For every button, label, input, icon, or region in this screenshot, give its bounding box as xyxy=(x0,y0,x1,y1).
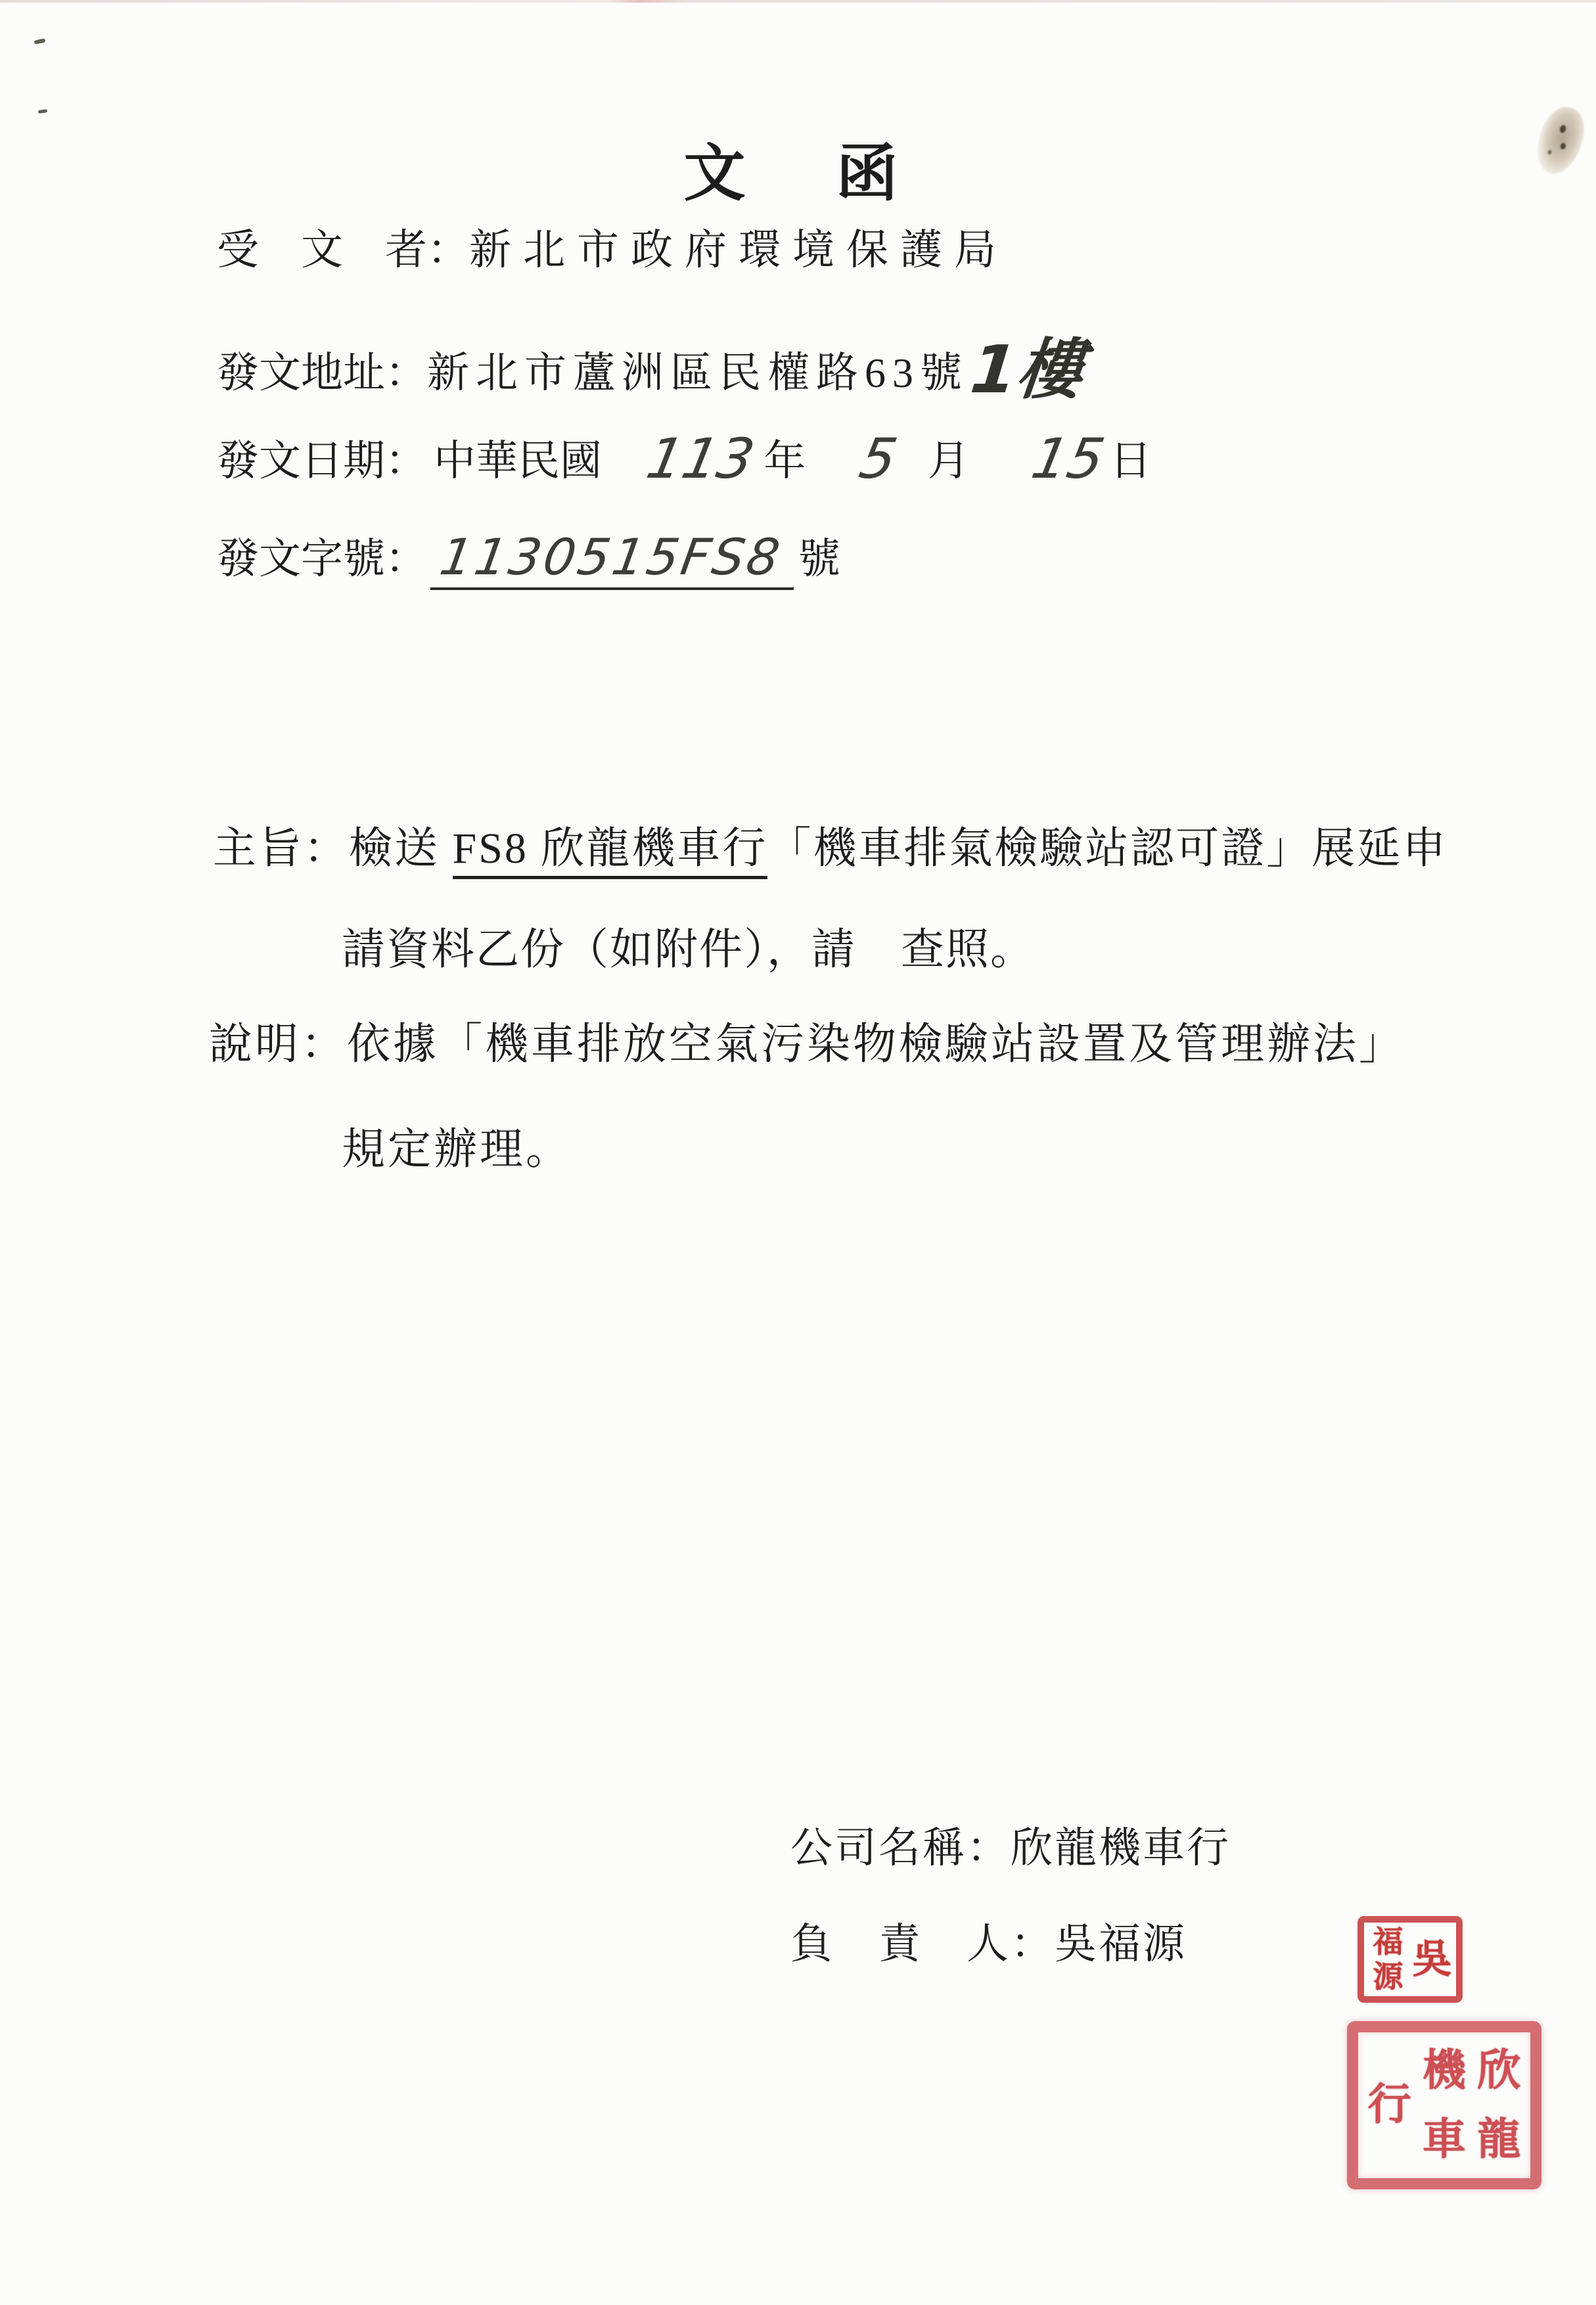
scan-edge-artifact xyxy=(0,0,1596,3)
personal-seal: 吳 福 源 xyxy=(1357,1916,1463,2003)
company-seal-column-1: 欣 龍 xyxy=(1472,2036,1526,2174)
seal-char: 機 xyxy=(1423,2049,1466,2093)
explanation-line-1: 說明：依據「機車排放空氣污染物檢驗站設置及管理辦法」 xyxy=(209,1021,1405,1069)
seal-char: 行 xyxy=(1368,2084,1411,2127)
address-line: 發文地址：新北市蘆洲區民權路63號1樓 xyxy=(217,329,1083,401)
date-era: 中華民國 xyxy=(434,438,602,484)
date-year-unit: 年 xyxy=(764,438,806,484)
seal-char: 車 xyxy=(1423,2118,1466,2162)
ref-number-handwritten: 1130515FS8 xyxy=(430,530,803,590)
explanation-label: 說明： xyxy=(209,1021,347,1069)
ref-number-label: 發文字號： xyxy=(217,536,427,582)
personal-seal-right-column: 吳 xyxy=(1410,1925,1454,1994)
company-seal-column-3: 行 xyxy=(1362,2036,1417,2174)
document-title: 文 函 xyxy=(0,124,1596,212)
subject-line-2: 請資料乙份（如附件），請 查照。 xyxy=(342,926,1035,974)
owner-value: 吳福源 xyxy=(1055,1921,1187,1967)
date-line: 發文日期：中華民國113年5月15日 xyxy=(217,426,1152,486)
date-label: 發文日期： xyxy=(217,438,427,484)
seal-char: 福 xyxy=(1373,1927,1403,1957)
company-name-line: 公司名稱：欣龍機車行 xyxy=(790,1825,1231,1871)
date-day-handwritten: 15 xyxy=(1027,428,1109,489)
paper-speck xyxy=(34,38,46,44)
seal-char: 源 xyxy=(1373,1962,1403,1992)
owner-line: 負 責 人：吳福源 xyxy=(790,1921,1187,1967)
company-name-value: 欣龍機車行 xyxy=(1011,1825,1231,1871)
subject-line-1: 主旨：檢送 FS8 欣龍機車行「機車排氣檢驗站認可證」展延申 xyxy=(213,825,1448,873)
personal-seal-left-column: 福 源 xyxy=(1366,1925,1410,1994)
date-day-unit: 日 xyxy=(1110,438,1152,484)
subject-label: 主旨： xyxy=(213,825,349,873)
date-month-unit: 月 xyxy=(928,438,970,484)
seal-char: 龍 xyxy=(1477,2118,1520,2162)
company-name-label: 公司名稱： xyxy=(790,1825,1011,1871)
recipient-value: 新北市政府環境保護局 xyxy=(469,227,1008,273)
subject-post: 「機車排氣檢驗站認可證」展延申 xyxy=(767,825,1448,873)
seal-char: 吳 xyxy=(1413,1940,1452,1979)
date-year-handwritten: 113 xyxy=(642,428,759,489)
ref-number-line: 發文字號：1130515FS8號 xyxy=(217,528,840,589)
subject-pre: 檢送 xyxy=(349,825,453,873)
document-page: 文 函 受 文 者：新北市政府環境保護局 發文地址：新北市蘆洲區民權路63號1樓… xyxy=(0,0,1596,2305)
paper-speck xyxy=(38,109,48,114)
company-seal: 欣 龍 機 車 行 xyxy=(1347,2021,1541,2189)
address-value: 新北市蘆洲區民權路63號 xyxy=(427,350,969,396)
date-month-handwritten: 5 xyxy=(855,428,901,489)
explanation-line-2: 規定辦理。 xyxy=(342,1126,572,1174)
explanation-text: 依據「機車排放空氣污染物檢驗站設置及管理辦法」 xyxy=(347,1020,1405,1068)
seal-char: 欣 xyxy=(1477,2049,1520,2093)
recipient-line: 受 文 者：新北市政府環境保護局 xyxy=(217,227,1008,273)
address-handwritten-floor: 1樓 xyxy=(967,334,1086,406)
recipient-label: 受 文 者： xyxy=(217,227,469,273)
ref-number-unit: 號 xyxy=(798,536,840,582)
company-seal-column-2: 機 車 xyxy=(1417,2036,1471,2174)
owner-label: 負 責 人： xyxy=(790,1921,1055,1967)
subject-underlined-station: FS8 欣龍機車行 xyxy=(453,825,768,879)
address-label: 發文地址： xyxy=(217,350,427,396)
